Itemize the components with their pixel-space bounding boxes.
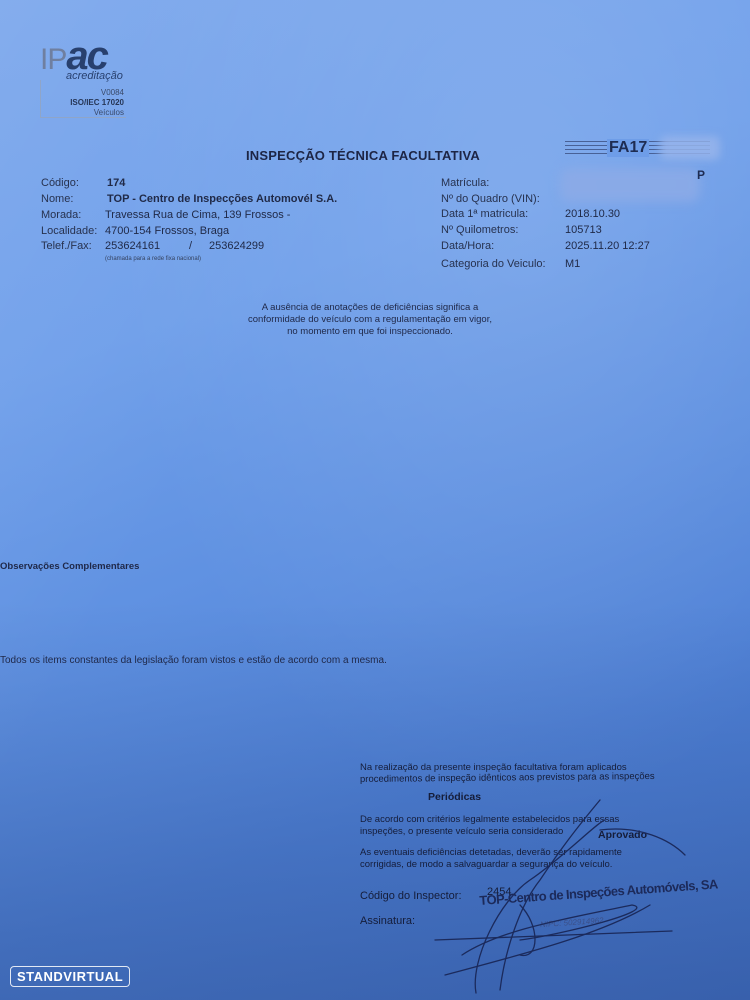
- criteria-text: De acordo com critérios legalmente estab…: [360, 814, 619, 838]
- centre-field-value: TOP - Centro de Inspecções Automovél S.A…: [107, 193, 337, 205]
- inspection-type: Periódicas: [428, 791, 481, 803]
- vehicle-field-value: 2018.10.30: [565, 208, 620, 220]
- vehicle-field-label: Data 1ª matricula:: [441, 208, 528, 220]
- standvirtual-watermark: STANDVIRTUAL: [10, 966, 130, 987]
- company-stamp: TOP-Centro de Inspeções Automóvels, SA: [479, 876, 718, 908]
- advice-text: As eventuais deficiências detetadas, dev…: [360, 847, 622, 871]
- advice-line: As eventuais deficiências detetadas, dev…: [360, 847, 622, 859]
- conformity-notice: A ausência de anotações de deficiências …: [215, 302, 525, 338]
- notice-line: no momento em que foi inspeccionado.: [215, 326, 525, 338]
- criteria-line: inspeções, o presente veículo seria cons…: [360, 826, 619, 838]
- intro-line: procedimentos de inspeção idênticos aos …: [360, 771, 655, 786]
- accreditation-scope: Veículos: [41, 108, 124, 118]
- vehicle-field-label: Nº do Quadro (VIN):: [441, 193, 540, 205]
- centre-field-value: 253624161: [105, 240, 160, 252]
- notice-line: conformidade do veículo com a regulament…: [215, 314, 525, 326]
- observations-text: Todos os items constantes da legislação …: [0, 655, 387, 666]
- centre-field-label: Telef./Fax:: [41, 240, 92, 252]
- redaction-blur-vin: [560, 168, 700, 202]
- vehicle-field-value: 2025.11.20 12:27: [565, 240, 650, 252]
- accreditation-standard: ISO/IEC 17020: [41, 98, 124, 108]
- centre-field-value: Travessa Rua de Cima, 139 Frossos -: [105, 209, 290, 221]
- criteria-line: De acordo com critérios legalmente estab…: [360, 814, 619, 826]
- signature-label: Assinatura:: [360, 915, 415, 927]
- intro-text: Na realização da presente inspeção facul…: [360, 762, 655, 786]
- accreditation-code: V0084: [41, 88, 124, 98]
- phone-separator: /: [189, 240, 192, 252]
- phone-note: (chamada para a rede fixa nacional): [105, 256, 201, 262]
- vehicle-field-value: M1: [565, 258, 580, 270]
- centre-field-label: Nome:: [41, 193, 73, 205]
- plate-suffix: P: [697, 168, 705, 182]
- accreditation-box: V0084 ISO/IEC 17020 Veículos: [40, 80, 126, 118]
- notice-line: A ausência de anotações de deficiências …: [215, 302, 525, 314]
- vehicle-field-label: Categoria do Veiculo:: [441, 258, 546, 270]
- stamp-nipc: NIPC: 502914962: [540, 916, 604, 929]
- advice-line: corrigidas, de modo a salvaguardar a seg…: [360, 859, 622, 871]
- result-approved: Aprovado: [598, 829, 647, 841]
- centre-field-label: Morada:: [41, 209, 81, 221]
- observations-title: Observações Complementares: [0, 561, 139, 572]
- centre-field-label: Código:: [41, 177, 79, 189]
- centre-field-label: Localidade:: [41, 225, 97, 237]
- ipac-logo: IPac acreditação: [40, 34, 128, 79]
- centre-field-value: 174: [107, 177, 125, 189]
- fax-number: 253624299: [209, 240, 264, 252]
- document-title: INSPECÇÃO TÉCNICA FACULTATIVA: [246, 148, 480, 163]
- inspector-code-label: Código do Inspector:: [360, 890, 462, 902]
- vehicle-field-value: 105713: [565, 224, 602, 236]
- vehicle-field-label: Matrícula:: [441, 177, 489, 189]
- logo-ip-text: IP: [40, 43, 66, 76]
- centre-field-value: 4700-154 Frossos, Braga: [105, 225, 229, 237]
- vehicle-field-label: Nº Quilometros:: [441, 224, 518, 236]
- redaction-blur-plate: [660, 136, 720, 160]
- vehicle-field-label: Data/Hora:: [441, 240, 494, 252]
- plate-stamp-text: FA17: [607, 139, 649, 157]
